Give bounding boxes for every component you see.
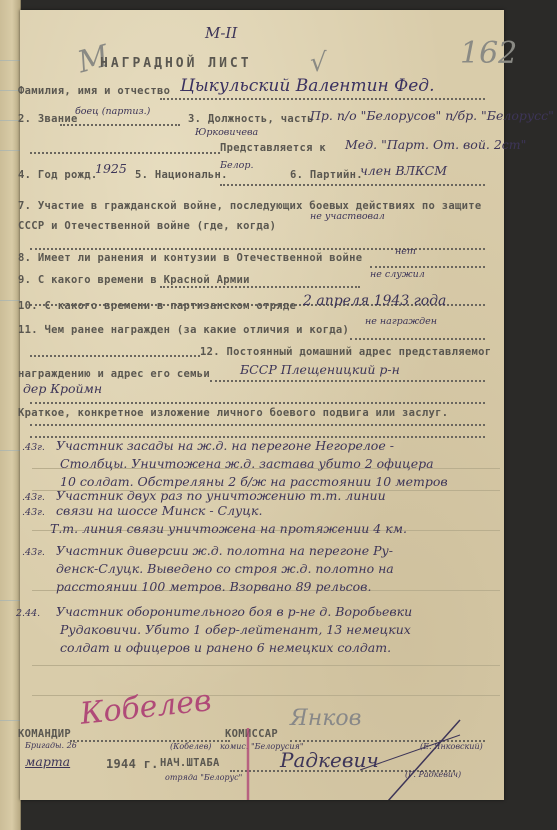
signature-strokes: [20, 10, 504, 800]
award-sheet: М-II М 162 НАГРАДНОЙ ЛИСТ √ Фамилия, имя…: [20, 10, 504, 800]
